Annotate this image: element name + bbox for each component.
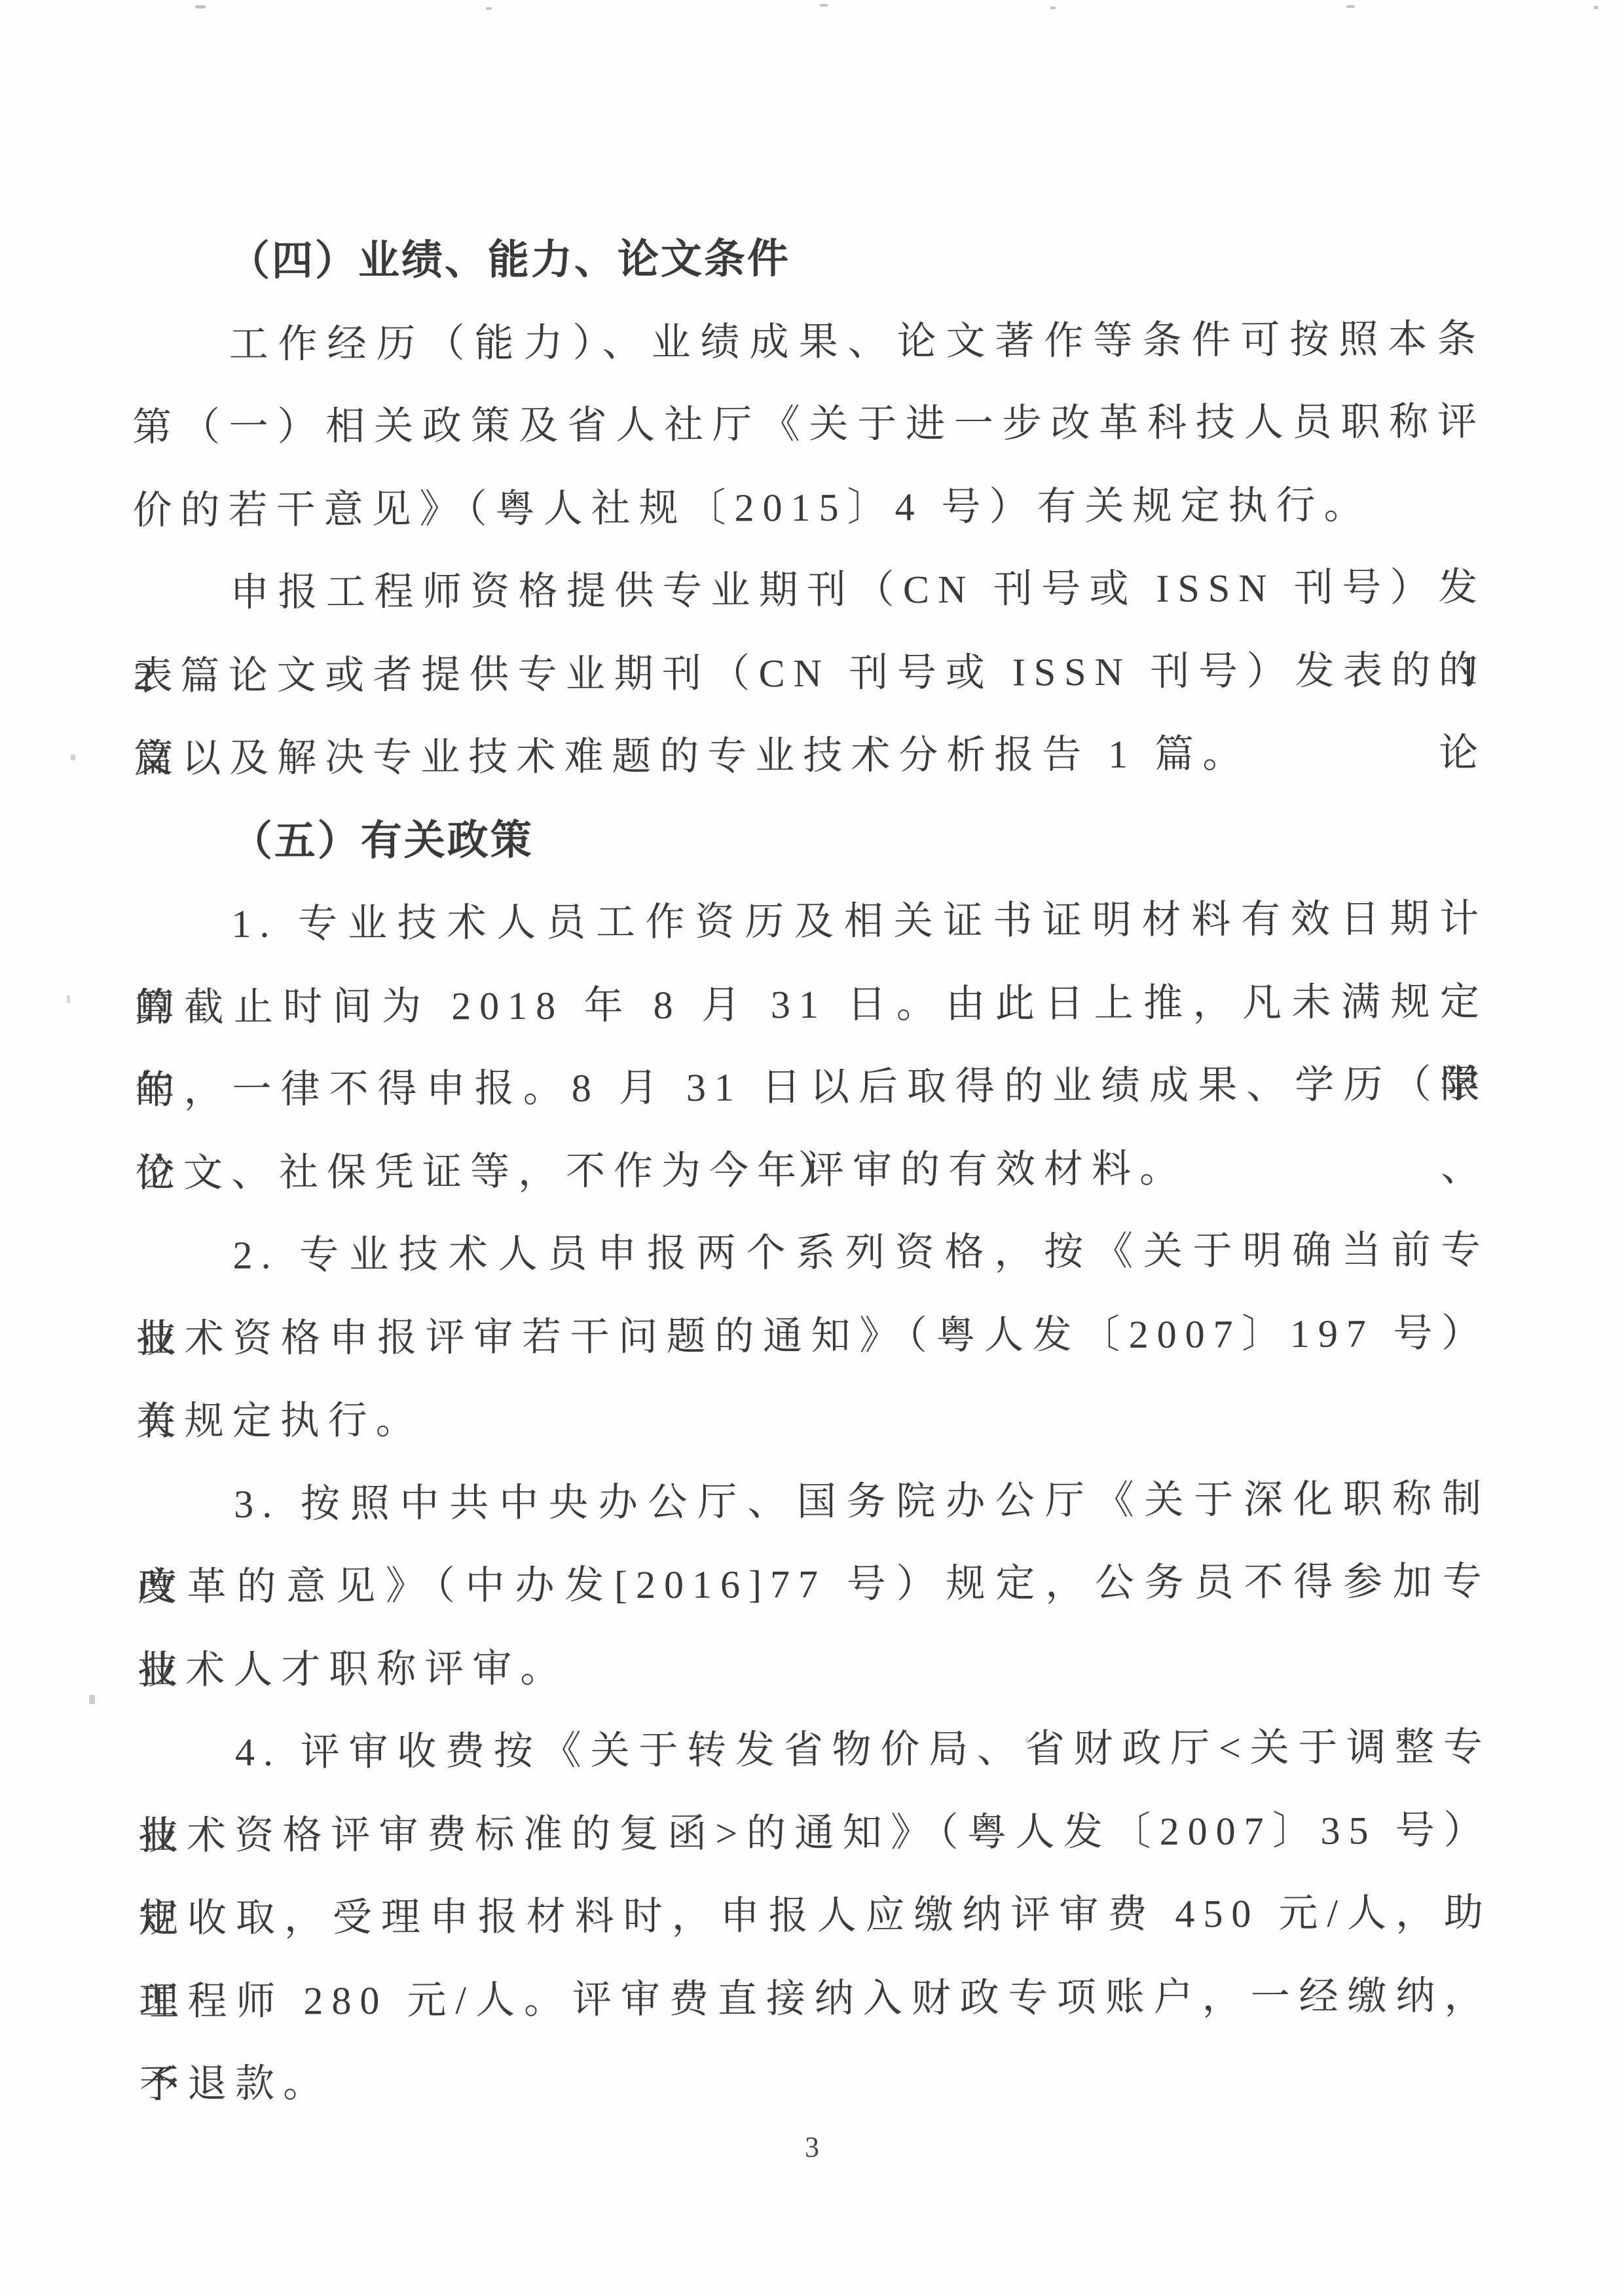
scan-artifact	[1050, 7, 1056, 9]
scan-artifact	[71, 754, 75, 760]
scan-artifact	[820, 4, 828, 7]
policy-1-line-3: 的，一律不得申报。8 月 31 日以后取得的业绩成果、学历（学位）、	[135, 1043, 1488, 1132]
para-1-line-1: 工作经历（能力）、业绩成果、论文著作等条件可按照本条	[132, 297, 1485, 386]
scan-artifact	[1594, 6, 1598, 9]
section-4-heading: （四）业绩、能力、论文条件	[132, 215, 1485, 304]
section-5-heading: （五）有关政策	[134, 794, 1488, 883]
para-1-line-3: 价的若干意见》（粤人社规〔2015〕4 号）有关规定执行。	[132, 463, 1486, 552]
para-2-line-2: 2 篇论文或者提供专业期刊（CN 刊号或 ISSN 刊号）发表的 1 篇论	[133, 629, 1486, 718]
page-number: 3	[0, 2130, 1624, 2164]
policy-2-line-2: 技术资格申报评审若干问题的通知》（粤人发〔2007〕197 号）有	[136, 1291, 1490, 1380]
para-1-line-2: 第（一）相关政策及省人社厅《关于进一步改革科技人员职称评	[132, 380, 1486, 470]
policy-1-line-2: 的截止时间为 2018 年 8 月 31 日。由此日上推，凡未满规定年限	[135, 960, 1488, 1049]
policy-3-line-1: 3. 按照中共中央办公厅、国务院办公厅《关于深化职称制度	[137, 1457, 1490, 1546]
policy-2-line-3: 关规定执行。	[136, 1374, 1490, 1463]
policy-4-line-2: 技术资格评审费标准的复函>的通知》（粤人发〔2007〕35 号）规	[138, 1788, 1492, 1878]
scan-artifact	[486, 7, 492, 10]
policy-4-line-3: 定收取，受理申报材料时，申报人应缴纳评审费 450 元/人，助理	[139, 1871, 1492, 1960]
policy-2-line-1: 2. 专业技术人员申报两个系列资格，按《关于明确当前专业	[136, 1208, 1489, 1297]
scanned-document-page: （四）业绩、能力、论文条件 工作经历（能力）、业绩成果、论文著作等条件可按照本条…	[0, 0, 1624, 2296]
scan-artifact	[1346, 5, 1355, 8]
policy-3-line-3: 技术人才职称评审。	[138, 1623, 1491, 1712]
policy-3-line-2: 改革的意见》（中办发[2016]77 号）规定，公务员不得参加专业	[137, 1540, 1490, 1629]
para-2-line-1: 申报工程师资格提供专业期刊（CN 刊号或 ISSN 刊号）发表的	[133, 546, 1486, 635]
policy-4-line-1: 4. 评审收费按《关于转发省物价局、省财政厅<关于调整专业	[138, 1705, 1492, 1794]
policy-4-line-5: 予退款。	[139, 2037, 1493, 2126]
document-body: （四）业绩、能力、论文条件 工作经历（能力）、业绩成果、论文著作等条件可按照本条…	[132, 215, 1493, 2126]
scan-artifact	[67, 995, 70, 1003]
policy-1-line-1: 1. 专业技术人员工作资历及相关证书证明材料有效日期计算	[134, 877, 1488, 966]
scan-artifact	[89, 1695, 95, 1704]
policy-4-line-4: 工程师 280 元/人。评审费直接纳入财政专项账户，一经缴纳，不	[139, 1954, 1492, 2043]
scan-artifact	[195, 5, 206, 9]
